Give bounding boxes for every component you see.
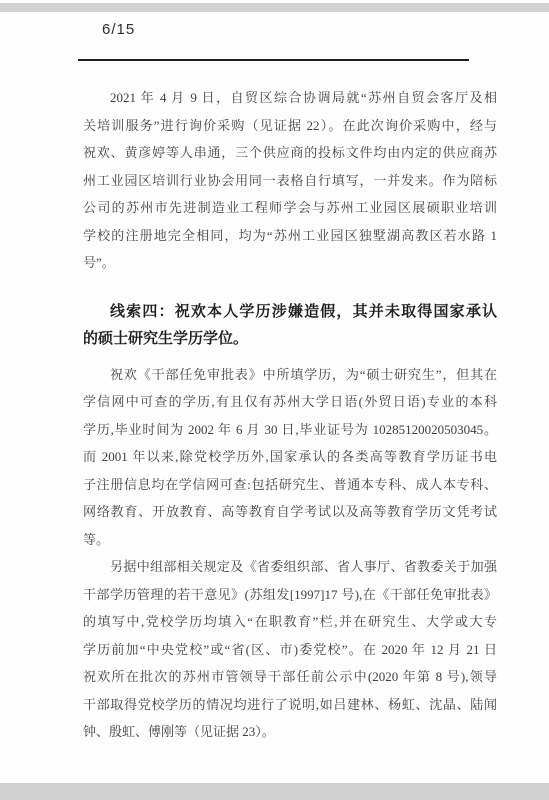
document-body: 2021 年 4 月 9 日，自贸区综合协调局就“苏州自贸会客厅及相 关培训服务… bbox=[83, 84, 497, 746]
text-line: 的填写中,党校学历均填入“在职教育”栏,并在研究生、大学或大专 bbox=[83, 608, 497, 636]
header-rule bbox=[78, 59, 469, 61]
page-number: 6/15 bbox=[102, 21, 135, 38]
text-line: 州工业园区培训行业协会用同一表格自行填写，一并发来。作为陪标 bbox=[83, 167, 497, 195]
paragraph-education-record: 祝欢《干部任免审批表》中所填学历，为“硕士研究生”，但其在 学信网中可查的学历,… bbox=[83, 361, 497, 554]
viewer-edge-bottom bbox=[0, 783, 549, 800]
text-line: 公司的苏州市先进制造业工程师学会与苏州工业园区展硕职业培训 bbox=[83, 194, 497, 222]
text-line: 祝欢《干部任免审批表》中所填学历，为“硕士研究生”，但其在 bbox=[83, 361, 497, 389]
text-line: 祝欢所在批次的苏州市管领导干部任前公示中(2020 年第 8 号),领导 bbox=[83, 663, 497, 691]
text-line: 祝欢、黄彦婷等人串通，三个供应商的投标文件均由内定的供应商苏 bbox=[83, 139, 497, 167]
text-line: 学信网中可查的学历,有且仅有苏州大学日语(外贸日语)专业的本科 bbox=[83, 388, 497, 416]
text-line: 关培训服务”进行询价采购（见证据 22）。在此次询价采购中，经与 bbox=[83, 112, 497, 140]
text-line: 等。 bbox=[83, 526, 497, 554]
viewer-edge-top bbox=[0, 3, 549, 12]
text-line: 钟、殷虹、傅刚等（见证据 23）。 bbox=[83, 718, 497, 746]
text-line: 2021 年 4 月 9 日，自贸区综合协调局就“苏州自贸会客厅及相 bbox=[83, 84, 497, 112]
text-line: 学校的注册地完全相同，均为“苏州工业园区独墅湖高教区若水路 1 bbox=[83, 222, 497, 250]
text-line: 干部取得党校学历的情况均进行了说明,如吕建林、杨虹、沈晶、陆闻 bbox=[83, 691, 497, 719]
text-line: 干部学历管理的若干意见》(苏组发[1997]17 号),在《干部任免审批表》 bbox=[83, 581, 497, 609]
text-line: 号”。 bbox=[83, 249, 497, 277]
text-line: 子注册信息均在学信网可查:包括研究生、普通本专科、成人本专科、 bbox=[83, 471, 497, 499]
text-line: 另据中组部相关规定及《省委组织部、省人事厅、省教委关于加强 bbox=[83, 553, 497, 581]
text-line: 而 2001 年以来,除党校学历外,国家承认的各类高等教育学历证书电 bbox=[83, 443, 497, 471]
paragraph-procurement: 2021 年 4 月 9 日，自贸区综合协调局就“苏州自贸会客厅及相 关培训服务… bbox=[83, 84, 497, 277]
text-line: 线索四：祝欢本人学历涉嫌造假，其并未取得国家承认 bbox=[83, 299, 497, 327]
text-line: 学历,毕业时间为 2002 年 6 月 30 日,毕业证号为 102851200… bbox=[83, 416, 497, 444]
paragraph-regulation: 另据中组部相关规定及《省委组织部、省人事厅、省教委关于加强 干部学历管理的若干意… bbox=[83, 553, 497, 746]
heading-clue-4: 线索四：祝欢本人学历涉嫌造假，其并未取得国家承认 的硕士研究生学历学位。 bbox=[83, 299, 497, 354]
text-line: 网络教育、开放教育、高等教育自学考试以及高等教育学历文凭考试 bbox=[83, 498, 497, 526]
text-line: 的硕士研究生学历学位。 bbox=[83, 326, 497, 354]
text-line: 学历前加“中央党校”或“省(区、市)委党校”。在 2020 年 12 月 21 … bbox=[83, 636, 497, 664]
